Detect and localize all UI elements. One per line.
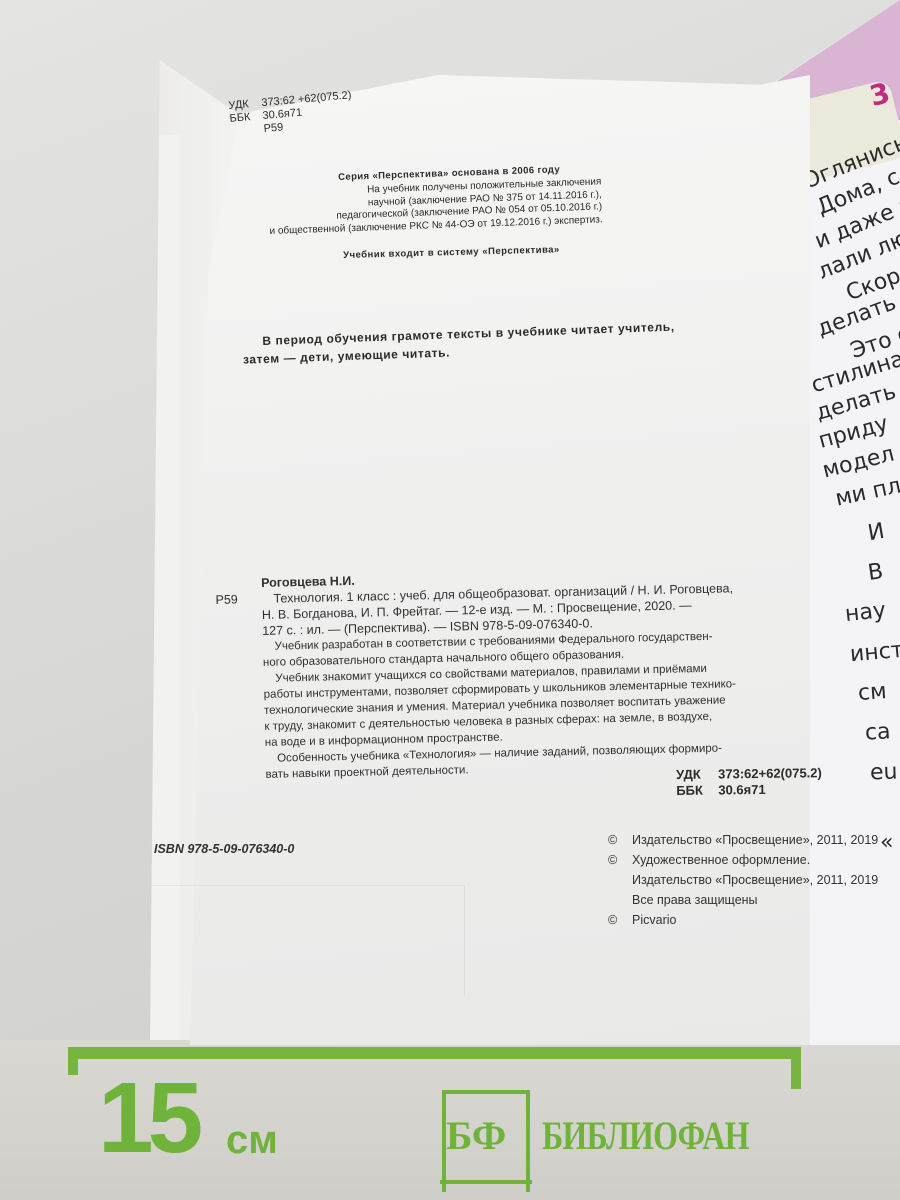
open-book-icon [440, 1180, 532, 1200]
right-page-text-line: еu [870, 760, 898, 786]
copyright-line: Все права защищены [632, 893, 758, 907]
right-page-text-line: см [857, 679, 887, 706]
right-page-text-line: инст [849, 638, 900, 668]
copyright-icon: © [608, 910, 632, 930]
right-page-text-line: « [880, 830, 893, 855]
copyright-line: Издательство «Просвещение», 2011, 2019 [632, 833, 878, 847]
copyright-line: Picvario [632, 913, 676, 927]
bbk-value: 30.6я71 [718, 782, 766, 798]
copyright-icon: © [608, 830, 632, 850]
isbn: ISBN 978-5-09-076340-0 [154, 842, 294, 856]
classification-bottom: УДК373:62+62(075.2) ББК30.6я71 [676, 765, 822, 799]
record-mark: Р59 [215, 591, 238, 608]
ruler-tick-left [68, 1047, 78, 1075]
copyright-block: ©Издательство «Просвещение», 2011, 2019 … [608, 830, 878, 930]
bbk-value: 30.6я71 [262, 107, 303, 122]
bibliographic-record: Роговцева Н.И. Р59Технология. 1 класс : … [215, 564, 738, 784]
library-stamp [124, 885, 465, 996]
udk-value: 373:62+62(075.2) [718, 765, 822, 781]
ruler-size-unit: см [226, 1118, 278, 1163]
right-page-text-line: са [864, 719, 891, 745]
right-page-text-line: В [866, 559, 884, 586]
copyright-icon: © [608, 850, 632, 870]
description-line: вать навыки проектной деятельности. [265, 764, 468, 781]
brand-name: БИБЛИОФАН [542, 1112, 749, 1159]
ruler-bar [70, 1047, 800, 1059]
right-page-text-line: нау [844, 598, 887, 627]
ruler-tick-right [791, 1047, 801, 1089]
record-author: Роговцева Н.И. [261, 574, 355, 590]
copyright-line: Художественное оформление. [632, 853, 810, 867]
udk-label: УДК [676, 766, 718, 783]
author-mark: Р59 [263, 121, 284, 135]
logo-letters: БФ [446, 1112, 506, 1159]
copyright-line: Издательство «Просвещение», 2011, 2019 [632, 873, 878, 887]
ruler-size-value: 15 [98, 1068, 197, 1168]
bbk-label: ББК [676, 782, 718, 799]
